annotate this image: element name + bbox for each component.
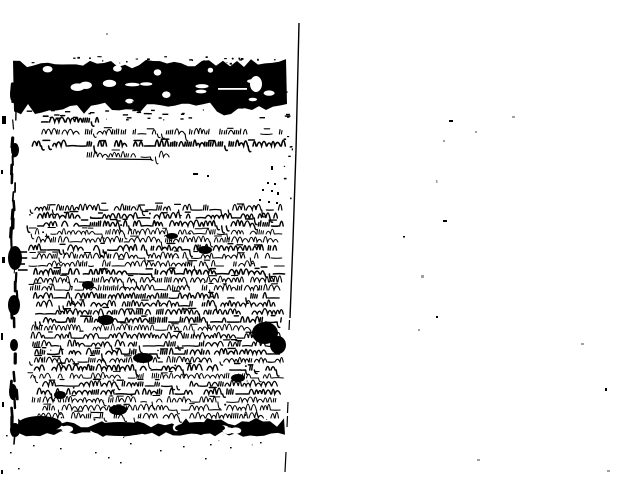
manuscript-leaf <box>1 56 291 474</box>
page-fold-line <box>285 23 299 472</box>
heading-script-lines <box>32 116 285 164</box>
bottom-ink-smudge-band <box>6 416 285 469</box>
left-binding-edge <box>1 66 28 474</box>
photocopy-scan-page <box>0 0 640 480</box>
top-ink-stain-band <box>13 56 291 120</box>
manuscript-scan-image <box>0 0 640 480</box>
body-text-block <box>27 203 286 423</box>
